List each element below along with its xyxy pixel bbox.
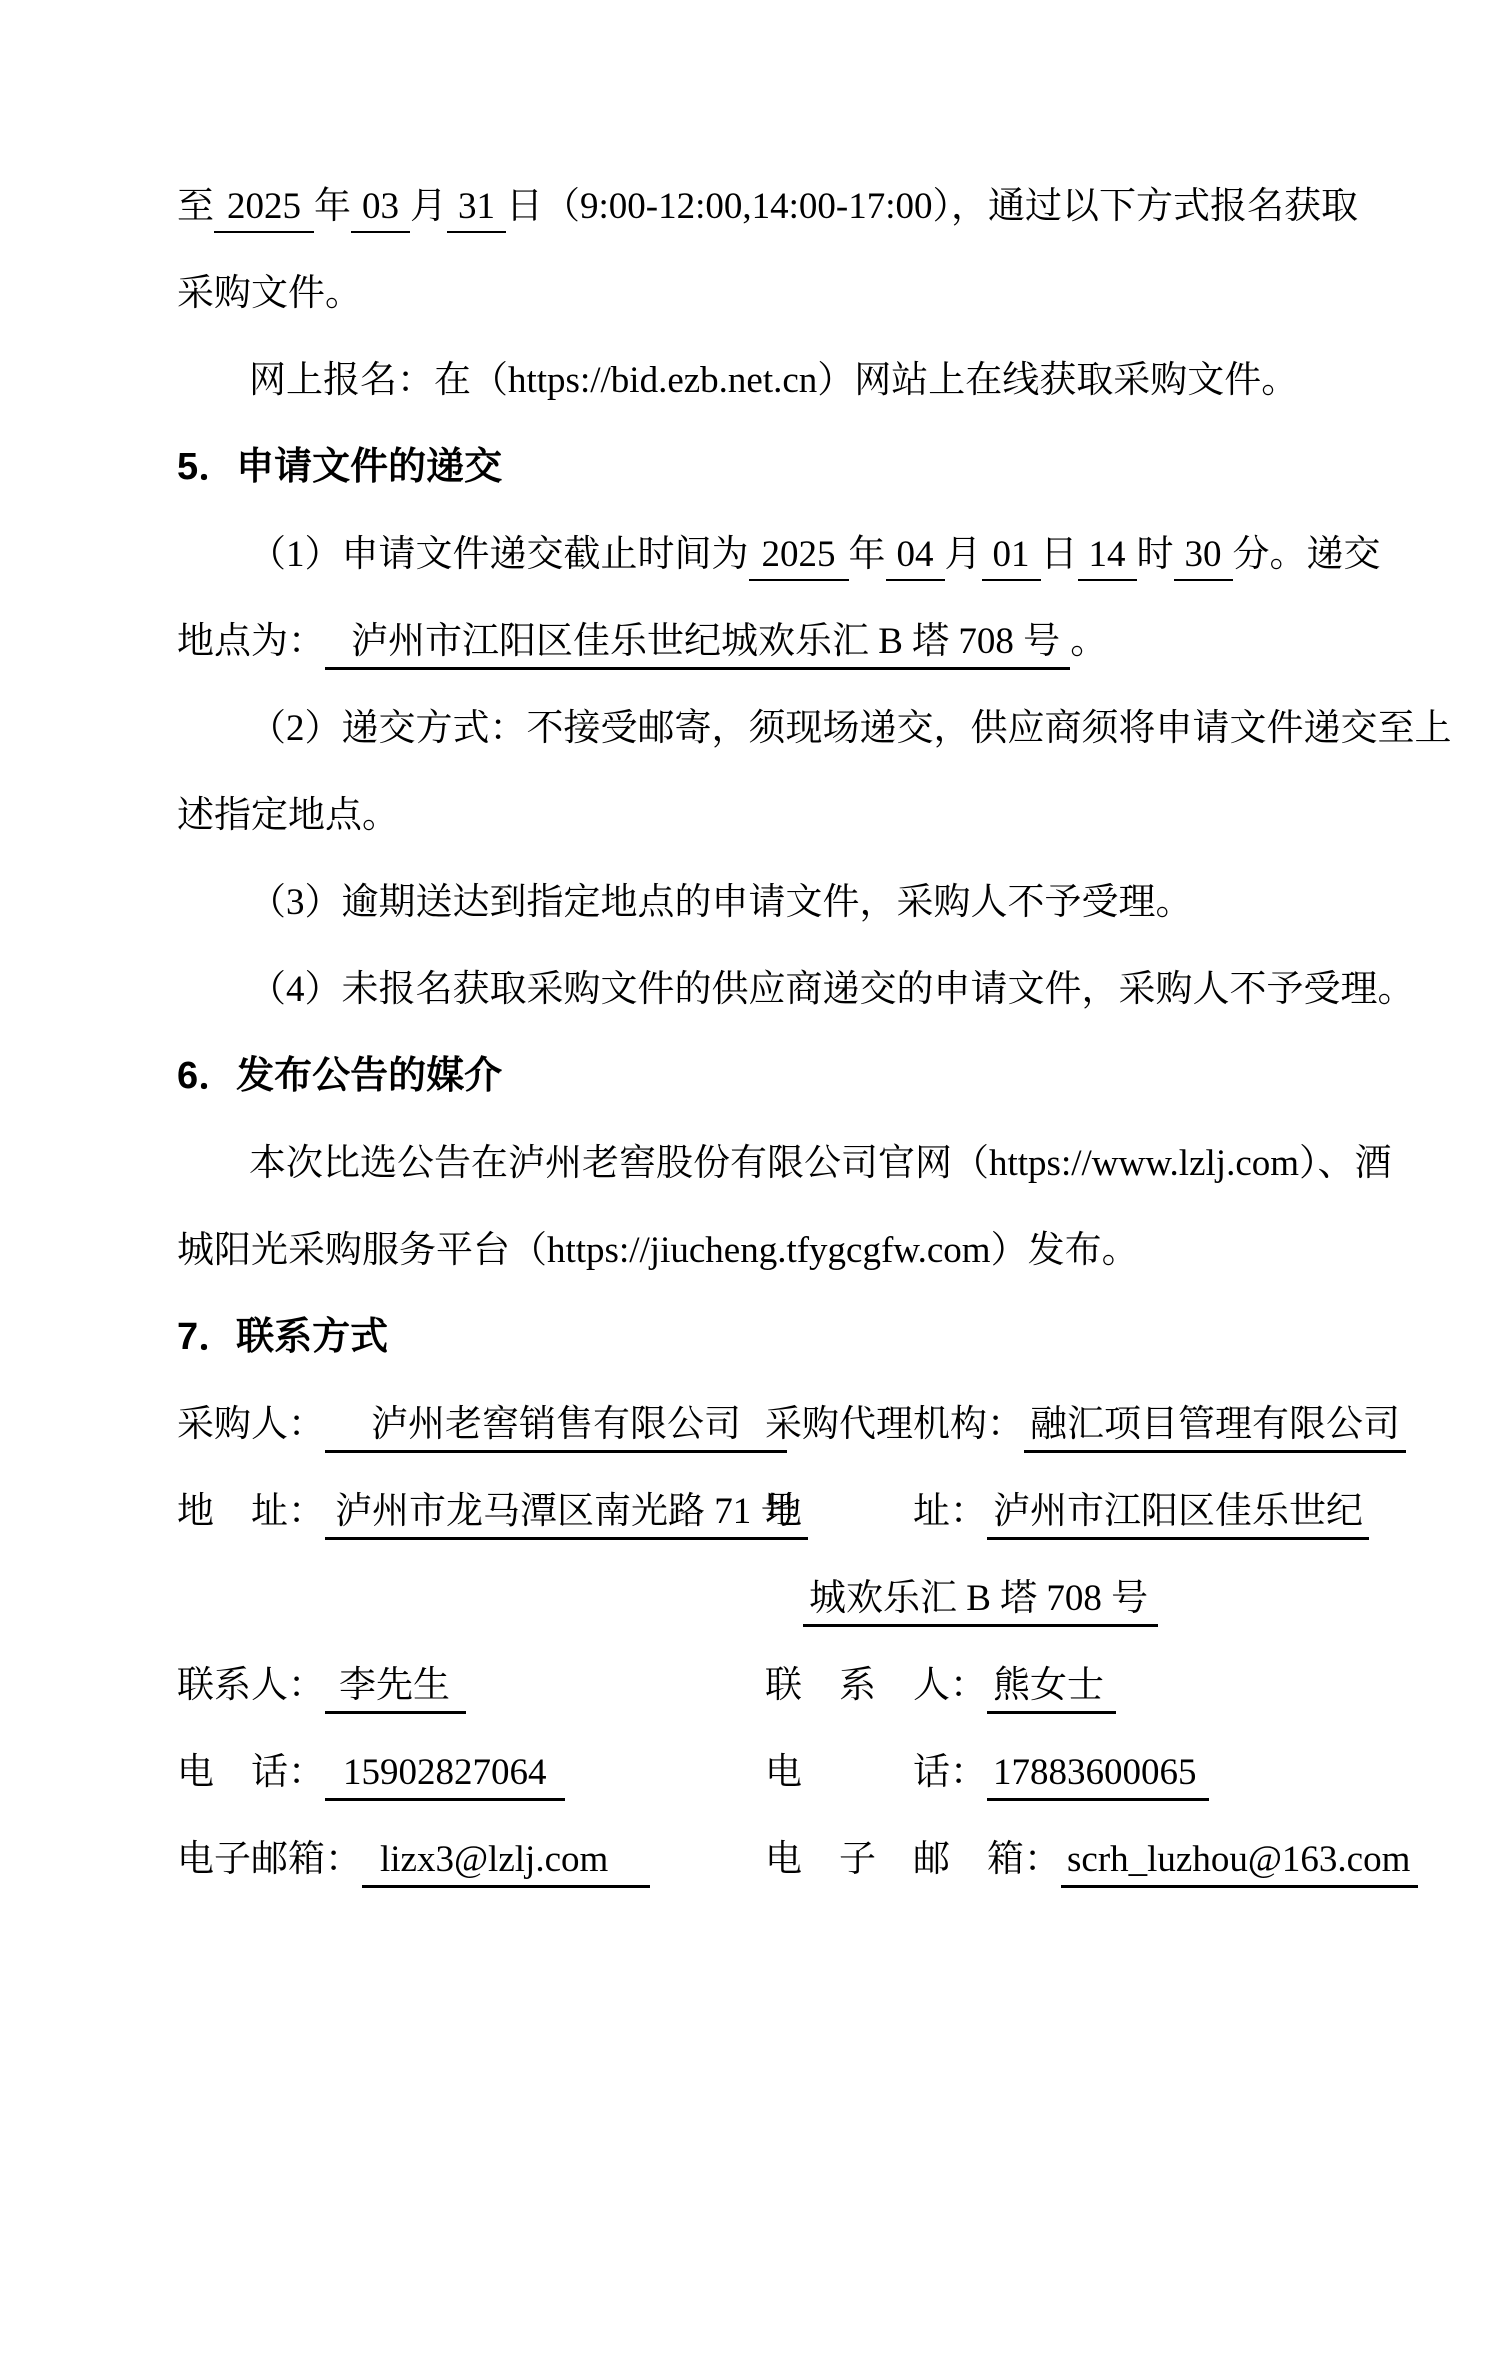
section5-item3: （3）逾期送达到指定地点的申请文件，采购人不予受理。 <box>177 859 1422 946</box>
buyer-contact-cell: 联系人：李先生 <box>177 1642 765 1729</box>
agency-phone-cell: 电 话：17883600065 <box>765 1729 1422 1816</box>
deadline-year-label: 年 <box>849 534 886 575</box>
agency-label: 采购代理机构： <box>765 1404 1024 1445</box>
agency-phone: 17883600065 <box>987 1752 1209 1801</box>
buyer-email: lizx3@lzlj.com <box>362 1839 650 1888</box>
intro-line-2: 采购文件。 <box>177 250 1422 337</box>
buyer-email-cell: 电子邮箱：lizx3@lzlj.com <box>177 1816 765 1903</box>
submission-place-label: 地点为： <box>177 621 325 662</box>
blank-deadline-month: 04 <box>886 534 945 581</box>
section6-line2: 城阳光采购服务平台（https://jiucheng.tfygcgfw.com）… <box>177 1207 1422 1294</box>
buyer-label: 采购人： <box>177 1404 325 1445</box>
buyer-email-label: 电子邮箱： <box>177 1839 362 1880</box>
agency-email-cell: 电 子 邮 箱：scrh_luzhou@163.com <box>765 1816 1422 1903</box>
section5-item1-line1: （1）申请文件递交截止时间为2025年04月01日14时30分。递交 <box>177 511 1422 598</box>
blank-deadline-year: 2025 <box>749 534 849 581</box>
section5-item4: （4）未报名获取采购文件的供应商递交的申请文件，采购人不予受理。 <box>177 946 1422 1033</box>
year-label: 年 <box>314 186 351 227</box>
agency-address-label: 地 址： <box>765 1491 987 1532</box>
buyer-phone-label: 电 话： <box>177 1752 325 1793</box>
agency-cell: 采购代理机构：融汇项目管理有限公司 <box>765 1381 1422 1468</box>
buyer-address: 泸州市龙马潭区南光路 71 号 <box>325 1491 808 1540</box>
section5-heading: 5．申请文件的递交 <box>177 424 1422 511</box>
blank-day: 31 <box>447 186 506 233</box>
deadline-tail: 分。递交 <box>1233 534 1381 575</box>
agency-phone-label: 电 话： <box>765 1752 987 1793</box>
section6-heading: 6．发布公告的媒介 <box>177 1033 1422 1120</box>
section5-item2-line1: （2）递交方式：不接受邮寄，须现场递交，供应商须将申请文件递交至上 <box>177 685 1422 772</box>
submission-place-post: 。 <box>1070 621 1107 662</box>
agency-address-line2: 城欢乐汇 B 塔 708 号 <box>803 1578 1158 1627</box>
agency-address-line1: 泸州市江阳区佳乐世纪 <box>987 1491 1369 1540</box>
month-label: 月 <box>410 186 447 227</box>
agency-name: 融汇项目管理有限公司 <box>1024 1404 1406 1453</box>
blank-deadline-hour: 14 <box>1078 534 1137 581</box>
agency-contact-label: 联 系 人： <box>765 1665 987 1706</box>
blank-year: 2025 <box>214 186 314 233</box>
buyer-phone: 15902827064 <box>325 1752 565 1801</box>
agency-address-cell: 地 址：泸州市江阳区佳乐世纪 <box>765 1468 1422 1555</box>
agency-email-label: 电 子 邮 箱： <box>765 1839 1061 1880</box>
blank-deadline-day: 01 <box>982 534 1041 581</box>
buyer-phone-cell: 电 话：15902827064 <box>177 1729 765 1816</box>
contact-row-email: 电子邮箱：lizx3@lzlj.com 电 子 邮 箱：scrh_luzhou@… <box>177 1816 1422 1903</box>
document-page: 至2025年03月31日（9:00-12:00,14:00-17:00），通过以… <box>0 0 1500 2368</box>
buyer-name: 泸州老窖销售有限公司 <box>325 1404 787 1453</box>
intro-line-1-rest: 日（9:00-12:00,14:00-17:00），通过以下方式报名获取 <box>506 186 1358 227</box>
online-registration-line: 网上报名：在（https://bid.ezb.net.cn）网站上在线获取采购文… <box>177 337 1422 424</box>
contact-row-address-wrap: 城欢乐汇 B 塔 708 号 <box>177 1555 1422 1642</box>
section5-item2-line2: 述指定地点。 <box>177 772 1422 859</box>
section6-line1: 本次比选公告在泸州老窖股份有限公司官网（https://www.lzlj.com… <box>177 1120 1422 1207</box>
buyer-contact-name: 李先生 <box>325 1665 466 1714</box>
agency-address-wrap-cell: 城欢乐汇 B 塔 708 号 <box>765 1555 1422 1642</box>
agency-contact-name: 熊女士 <box>987 1665 1116 1714</box>
buyer-contact-label: 联系人： <box>177 1665 325 1706</box>
contact-row-address: 地 址：泸州市龙马潭区南光路 71 号 地 址：泸州市江阳区佳乐世纪 <box>177 1468 1422 1555</box>
agency-contact-cell: 联 系 人：熊女士 <box>765 1642 1422 1729</box>
section5-item1-line2: 地点为：泸州市江阳区佳乐世纪城欢乐汇 B 塔 708 号。 <box>177 598 1422 685</box>
buyer-cell: 采购人：泸州老窖销售有限公司 <box>177 1381 765 1468</box>
blank-month: 03 <box>351 186 410 233</box>
intro-line-1-pre: 至 <box>177 186 214 227</box>
empty-cell <box>177 1555 765 1642</box>
buyer-address-label: 地 址： <box>177 1491 325 1532</box>
agency-email: scrh_luzhou@163.com <box>1061 1839 1418 1888</box>
blank-submission-address: 泸州市江阳区佳乐世纪城欢乐汇 B 塔 708 号 <box>325 621 1070 670</box>
intro-line-1: 至2025年03月31日（9:00-12:00,14:00-17:00），通过以… <box>177 163 1422 250</box>
contact-row-phone: 电 话：15902827064 电 话：17883600065 <box>177 1729 1422 1816</box>
deadline-pre: （1）申请文件递交截止时间为 <box>249 534 749 575</box>
section7-heading: 7．联系方式 <box>177 1294 1422 1381</box>
contact-row-buyer-agency: 采购人：泸州老窖销售有限公司 采购代理机构：融汇项目管理有限公司 <box>177 1381 1422 1468</box>
deadline-day-label: 日 <box>1041 534 1078 575</box>
contact-row-person: 联系人：李先生 联 系 人：熊女士 <box>177 1642 1422 1729</box>
deadline-hour-label: 时 <box>1137 534 1174 575</box>
deadline-month-label: 月 <box>945 534 982 575</box>
buyer-address-cell: 地 址：泸州市龙马潭区南光路 71 号 <box>177 1468 765 1555</box>
blank-deadline-minute: 30 <box>1174 534 1233 581</box>
